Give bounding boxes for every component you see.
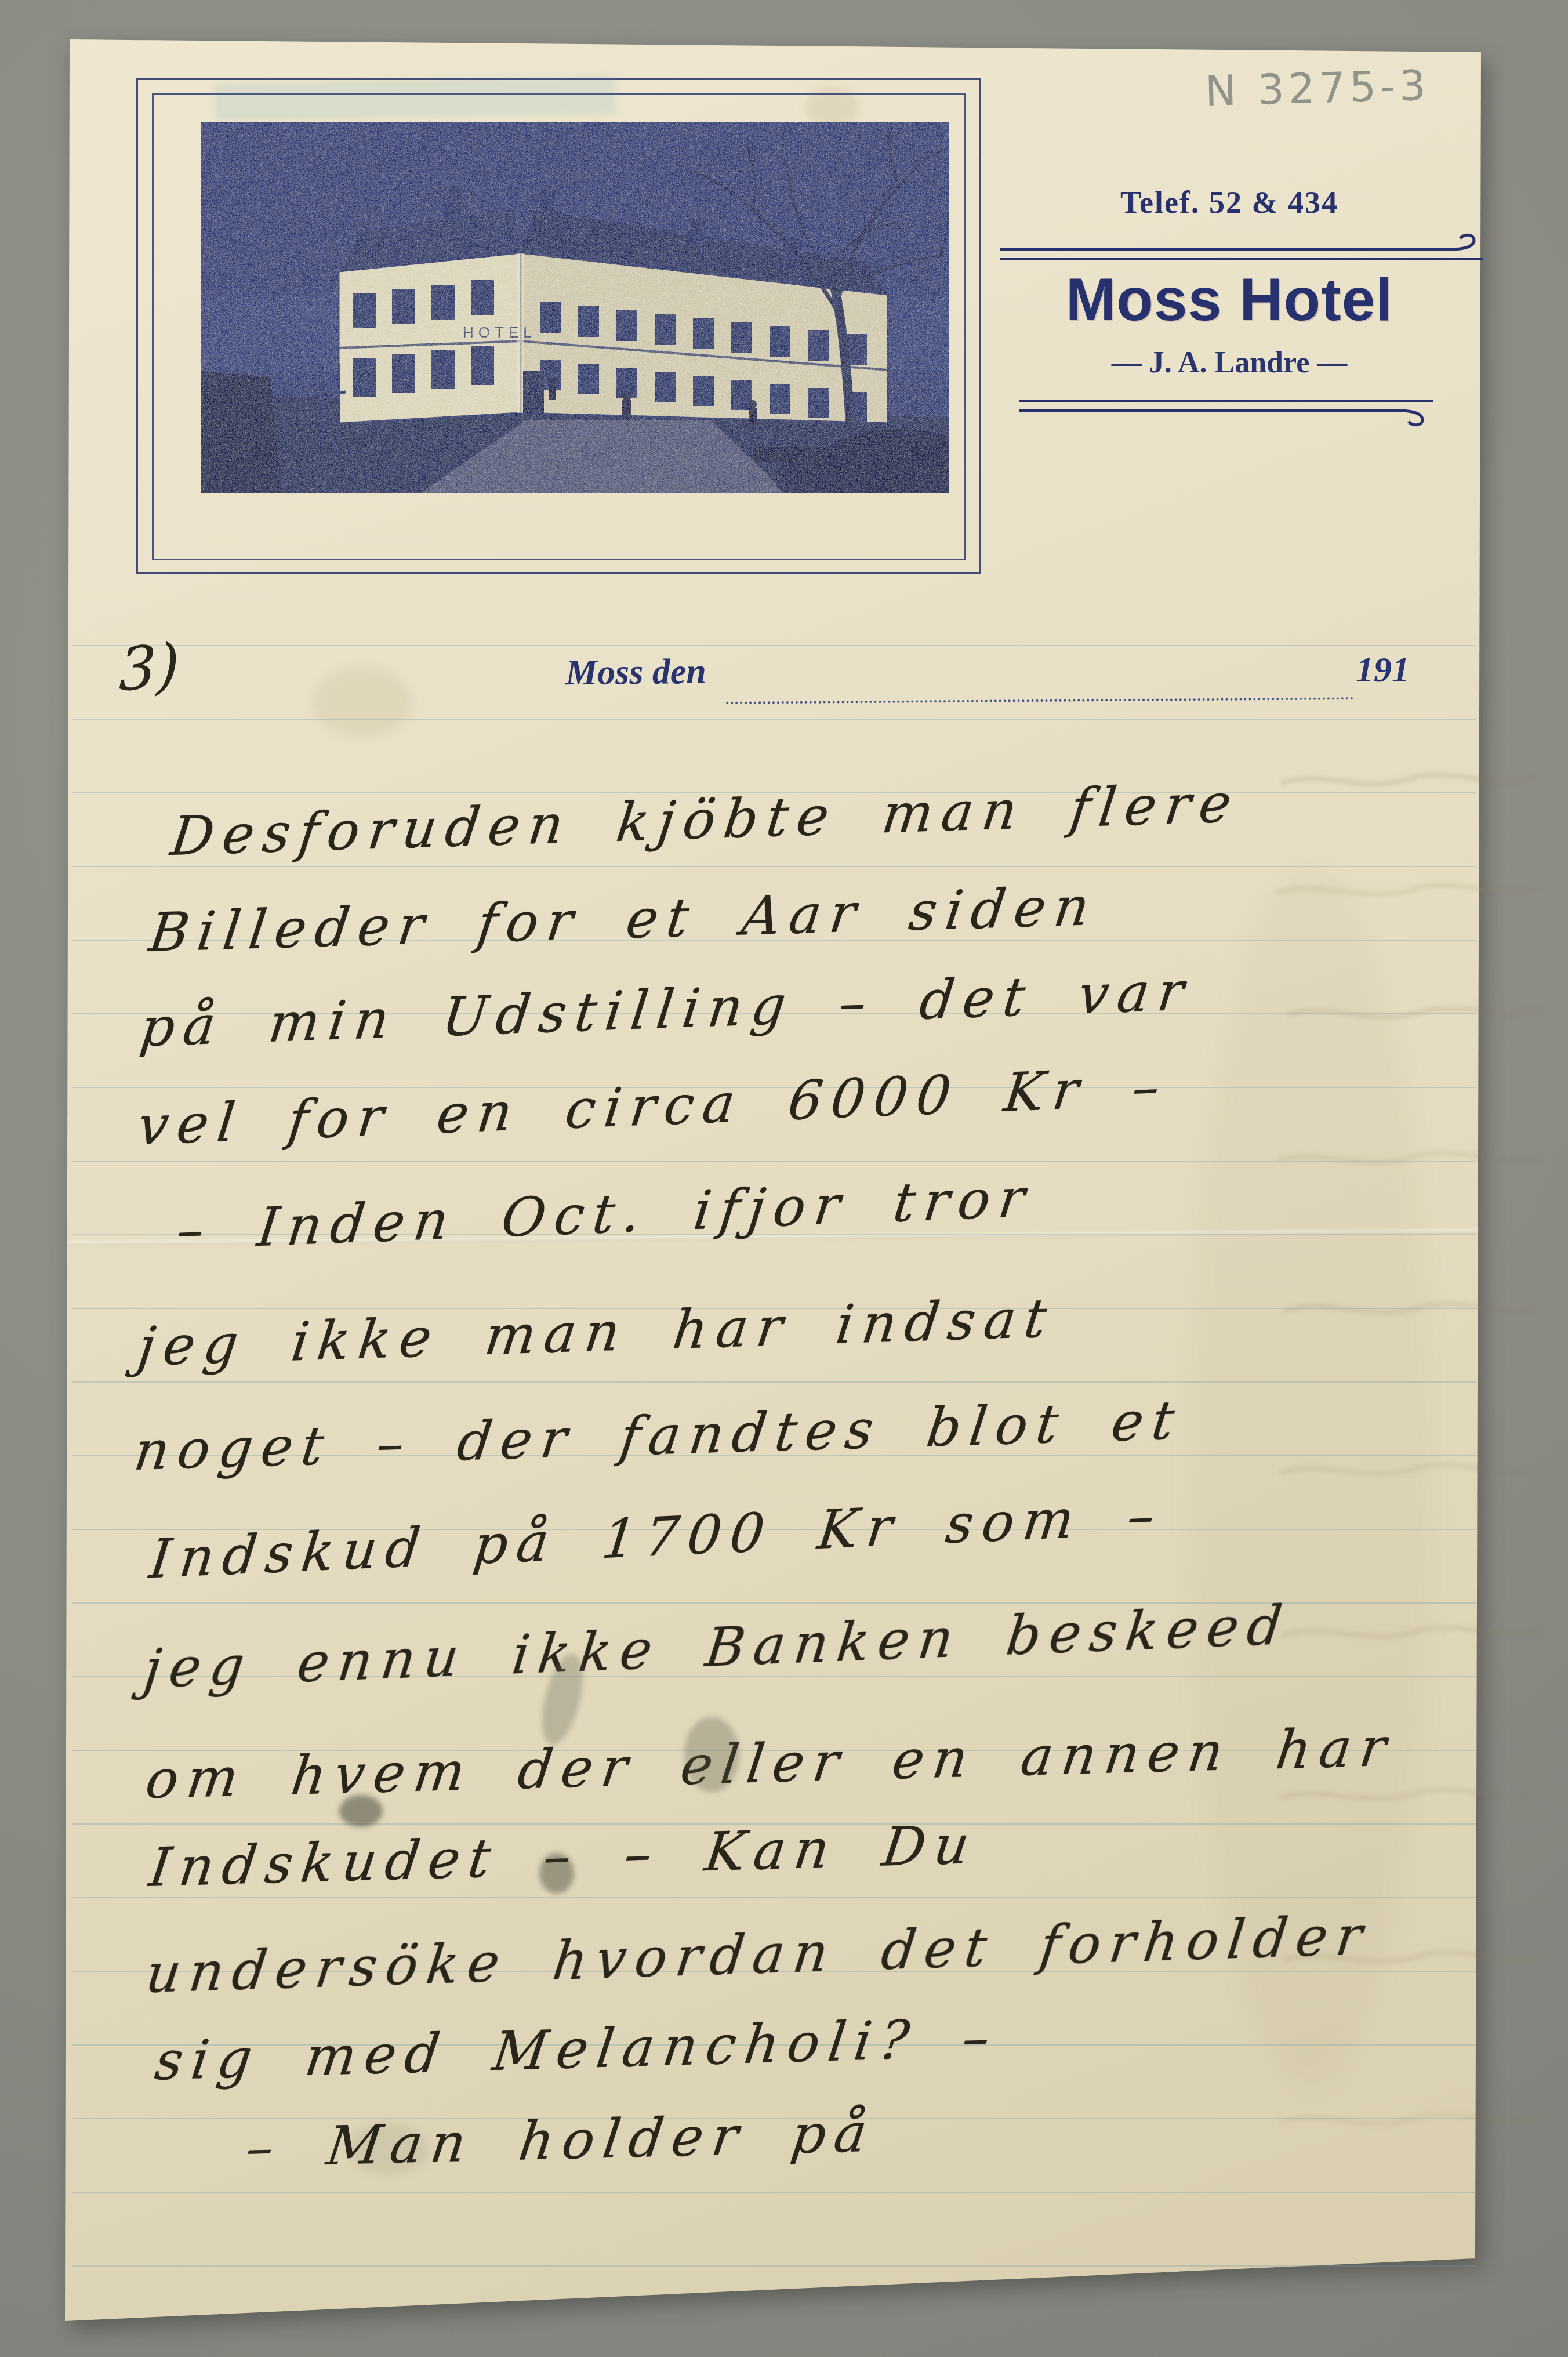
date-dotted-line xyxy=(726,663,1353,704)
printed-place-date: Moss den xyxy=(565,651,707,694)
hotel-name: Moss Hotel xyxy=(986,266,1473,335)
ruled-line xyxy=(72,2265,1476,2267)
ink-offset-smudge xyxy=(214,77,615,121)
hotel-photo-illustration: HOTEL xyxy=(201,122,949,493)
scanned-letter-page: HOTEL xyxy=(0,0,1568,2357)
ruled-line xyxy=(72,719,1476,720)
ink-smudge xyxy=(684,1717,739,1792)
printed-year: 191 xyxy=(1356,650,1410,691)
decorative-rule-bottom xyxy=(1018,399,1435,436)
show-through-marks xyxy=(1264,742,1554,2227)
archive-number-pencil: N 3275-3 xyxy=(1204,61,1431,115)
letter-line: – Man holder på xyxy=(243,2106,879,2175)
halftone-grain-overlay xyxy=(201,122,949,493)
ink-smudge xyxy=(539,1853,574,1894)
page-number-handwritten: 3) xyxy=(118,630,180,705)
telephone-line: Telef. 52 & 434 xyxy=(986,184,1473,220)
ruled-line xyxy=(72,645,1476,646)
decorative-rule-top xyxy=(999,231,1486,267)
ink-smudge xyxy=(339,1795,383,1827)
proprietor-line: — J. A. Landre — xyxy=(986,346,1473,380)
